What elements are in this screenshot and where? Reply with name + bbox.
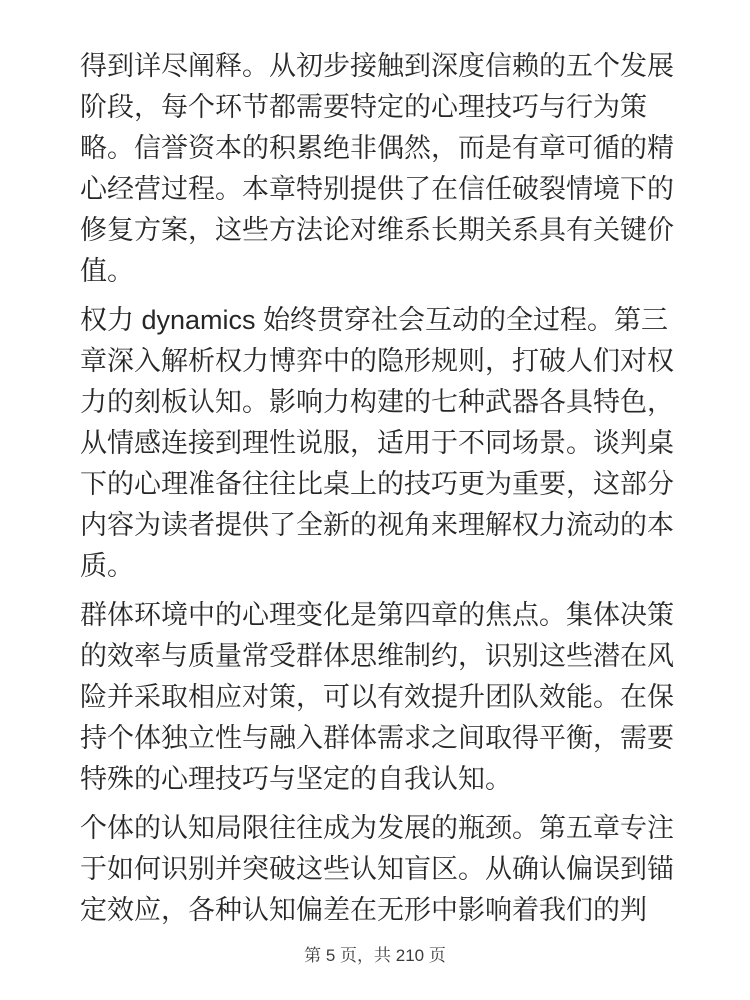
body-paragraph-1: 得到详尽阐释。从初步接触到深度信赖的五个发展阶段，每个环节都需要特定的心理技巧与… — [80, 46, 678, 292]
page-text-content: 得到详尽阐释。从初步接触到深度信赖的五个发展阶段，每个环节都需要特定的心理技巧与… — [80, 46, 678, 931]
body-paragraph-2: 权力 dynamics 始终贯穿社会互动的全过程。第三章深入解析权力博弈中的隐形… — [80, 300, 678, 587]
page-number-indicator: 第 5 页，共 210 页 — [0, 944, 750, 968]
body-paragraph-4: 个体的认知局限往往成为发展的瓶颈。第五章专注于如何识别并突破这些认知盲区。从确认… — [80, 808, 678, 931]
document-page: 得到详尽阐释。从初步接触到深度信赖的五个发展阶段，每个环节都需要特定的心理技巧与… — [0, 0, 750, 1000]
body-paragraph-3: 群体环境中的心理变化是第四章的焦点。集体决策的效率与质量常受群体思维制约，识别这… — [80, 595, 678, 800]
